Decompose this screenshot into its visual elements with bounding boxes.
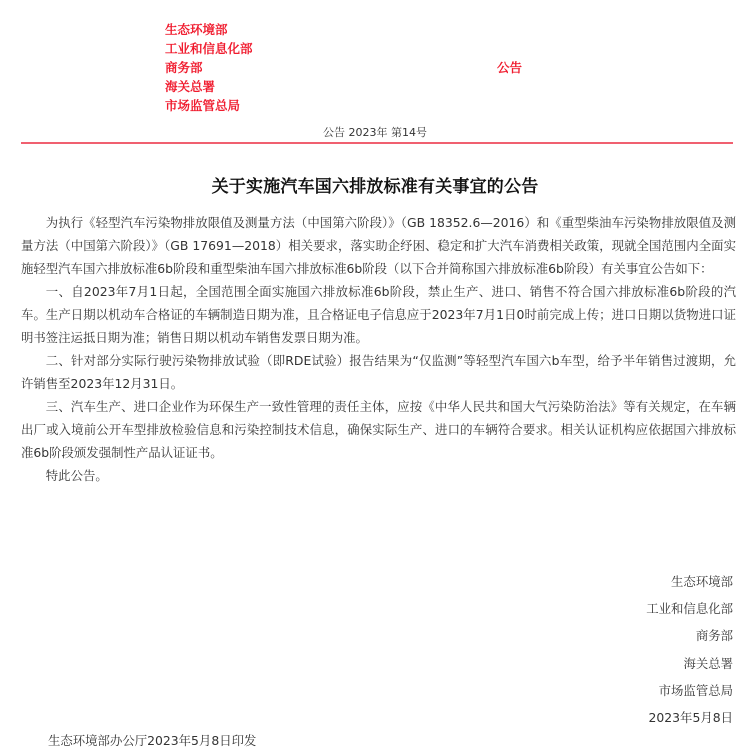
signature-date: 2023年5月8日 (646, 704, 733, 731)
signer-name: 商务部 (646, 622, 733, 649)
signer-name: 工业和信息化部 (646, 595, 733, 622)
signer-name: 生态环境部 (646, 568, 733, 595)
closing-paragraph: 特此公告。 (21, 464, 736, 487)
signer-name: 海关总署 (646, 650, 733, 677)
document-body: 为执行《轻型汽车污染物排放限值及测量方法（中国第六阶段）》（GB 18352.6… (21, 211, 736, 487)
clause-paragraph: 一、自2023年7月1日起，全国范围全面实施国六排放标准6b阶段，禁止生产、进口… (21, 280, 736, 349)
issuer-name: 海关总署 (165, 77, 253, 96)
print-note: 生态环境部办公厅2023年5月8日印发 (48, 731, 256, 749)
issuer-name: 生态环境部 (165, 20, 253, 39)
issuer-list: 生态环境部 工业和信息化部 商务部 海关总署 市场监管总局 (165, 20, 253, 115)
document-number: 公告 2023年 第14号 (0, 124, 750, 140)
clause-paragraph: 二、针对部分实际行驶污染物排放试验（即RDE试验）报告结果为“仅监测”等轻型汽车… (21, 349, 736, 395)
issuer-name: 工业和信息化部 (165, 39, 253, 58)
page-title: 关于实施汽车国六排放标准有关事宜的公告 (0, 172, 750, 197)
clause-paragraph: 三、汽车生产、进口企业作为环保生产一致性管理的责任主体，应按《中华人民共和国大气… (21, 395, 736, 464)
header-divider (21, 142, 733, 144)
issuer-name: 商务部 (165, 58, 253, 77)
intro-paragraph: 为执行《轻型汽车污染物排放限值及测量方法（中国第六阶段）》（GB 18352.6… (21, 211, 736, 280)
doc-type-label: 公告 (497, 58, 522, 77)
issuer-name: 市场监管总局 (165, 96, 253, 115)
signer-name: 市场监管总局 (646, 677, 733, 704)
signature-block: 生态环境部 工业和信息化部 商务部 海关总署 市场监管总局 2023年5月8日 (646, 568, 733, 731)
